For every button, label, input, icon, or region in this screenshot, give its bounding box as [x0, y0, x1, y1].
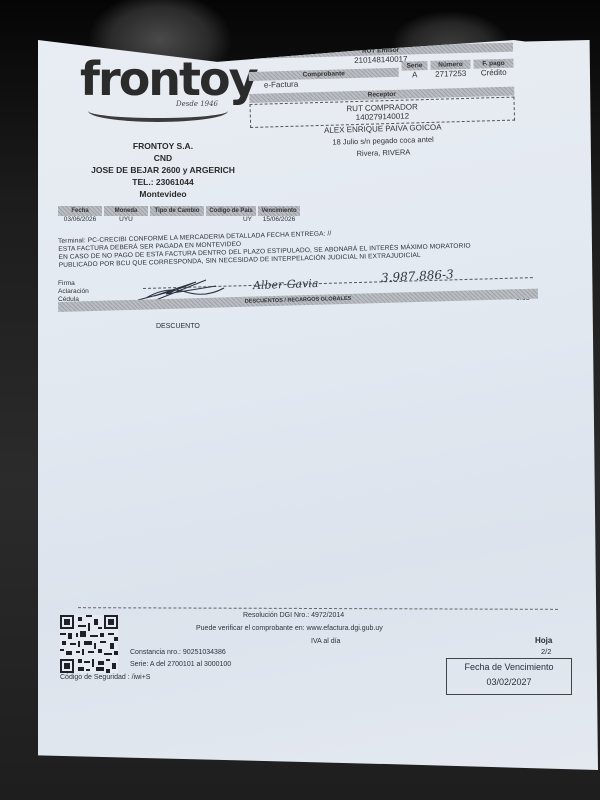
col-moneda: Moneda — [104, 206, 148, 216]
handwritten-name: Alber Gavia — [253, 277, 319, 292]
discount-item-label: DESCUENTO — [156, 323, 200, 330]
firma-label: Firma — [58, 280, 89, 288]
val-vencimiento: 15/06/2026 — [258, 216, 300, 223]
aclaracion-label: Aclaración — [58, 288, 89, 296]
logo-tagline: Desde 1946 — [176, 100, 218, 108]
details-header-row: Fecha Moneda Tipo de Cambio Codigo de Pa… — [58, 206, 300, 216]
due-date-label: Fecha de Vencimiento — [447, 660, 571, 675]
footer-divider — [78, 607, 558, 610]
col-codigo-pais: Codigo de País — [206, 206, 256, 216]
forma-pago-value: Crédito — [474, 68, 514, 78]
verify-text: Puede verificar el comprobante en: www.e… — [196, 625, 383, 632]
details-table: Fecha Moneda Tipo de Cambio Codigo de Pa… — [58, 206, 300, 223]
details-value-row: 03/06/2026 UYU UY 15/06/2026 — [58, 216, 300, 223]
page-number: 2/2 — [541, 647, 551, 656]
serie-value: A — [402, 70, 428, 80]
issuer-info: FRONTOY S.A. CND JOSE DE BEJAR 2600 y AR… — [78, 140, 248, 200]
numero-value: 2717253 — [431, 69, 471, 79]
issuer-address: JOSE DE BEJAR 2600 y ARGERICH — [78, 164, 248, 176]
val-codigo-pais: UY — [206, 216, 256, 223]
issuer-phone: TEL.: 23061044 — [78, 176, 248, 188]
legal-text: Terminal: PC-CRECIBI CONFORME LA MERCADE… — [58, 225, 539, 270]
iva-text: IVA al día — [311, 638, 340, 645]
due-date-value: 03/02/2027 — [447, 675, 571, 690]
security-code-text: Código de Seguridad : /iwi+S — [60, 674, 150, 681]
handwritten-id: 3.987.886-3 — [381, 267, 454, 285]
due-date-box: Fecha de Vencimiento 03/02/2027 — [446, 658, 572, 695]
document-info-block: RUT Emisor 210148140017 Comprobante e-Fa… — [248, 43, 516, 161]
discounts-bar: DESCUENTOS / RECARGOS GLOBALES — [58, 289, 538, 312]
qr-code-icon — [60, 614, 118, 674]
val-fecha: 03/06/2026 — [58, 216, 102, 223]
constancia-text: Constancia nro.: 90251034386 — [130, 649, 226, 656]
issuer-branch: CND — [78, 152, 248, 164]
page-label: Hoja — [535, 636, 552, 645]
col-fecha: Fecha — [58, 206, 102, 216]
serie-range-text: Serie: A del 2700101 al 3000100 — [130, 661, 231, 668]
invoice-paper: frontoy Desde 1946 FRONTOY S.A. CND JOSE… — [38, 40, 598, 770]
val-tipo-cambio — [150, 216, 204, 223]
col-tipo-cambio: Tipo de Cambio — [150, 206, 204, 216]
val-moneda: UYU — [104, 216, 148, 223]
col-vencimiento: Vencimiento — [258, 206, 300, 216]
issuer-city: Montevideo — [78, 188, 248, 200]
resolution-text: Resolución DGI Nro.: 4972/2014 — [243, 612, 344, 619]
issuer-name: FRONTOY S.A. — [78, 140, 248, 152]
